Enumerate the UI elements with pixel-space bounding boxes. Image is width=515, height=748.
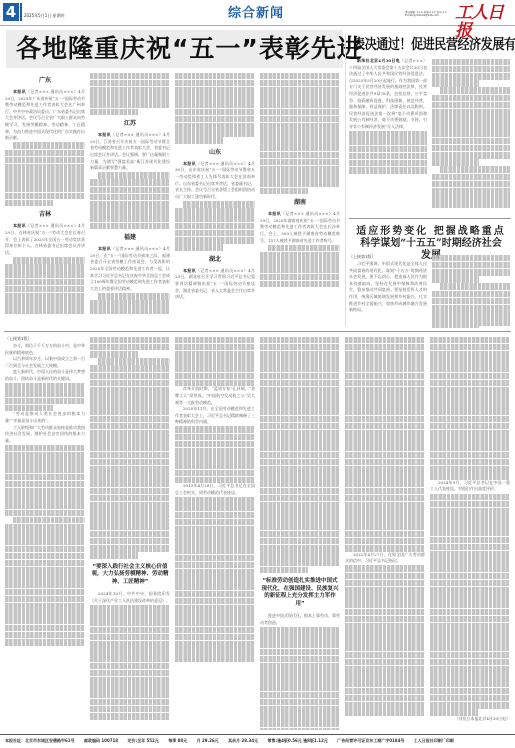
footer-address: 本报社址：北京市东城区安德路甲61号 bbox=[5, 738, 75, 743]
headline-line-1: 适应形势变化 把握战略重点 bbox=[356, 226, 505, 237]
region-heading: 福建 bbox=[90, 233, 170, 243]
subheading: “标准劳动创造扎实推进中国式现代化，在强国建设、民族复兴的新征程上充分发挥主力军… bbox=[260, 578, 340, 608]
footer-price-other: 其余月 28.34元 bbox=[228, 738, 258, 743]
continued-column-3: 改革开放时期，“蓝领专家”孔祥瑞、“金牌工人”窦铁成、“中国航空发动机之父”吴大… bbox=[175, 336, 255, 730]
editor-credits: 责任编辑 :××× 美编:××× 校对:×× E-mail:grrbzhxw@1… bbox=[405, 11, 450, 17]
continued-column-4: “标准劳动创造扎实推进中国式现代化，在强国建设、民族复兴的新征程上充分发挥主力军… bbox=[260, 336, 340, 730]
second-side-column-1: （上接第1版） 习近平强调，中国式现代化是全体人民共同富裕的现代化。谋划“十五五… bbox=[349, 254, 427, 328]
footer-ad-license: 广告经营许可证京东工商广字0184号 bbox=[337, 738, 404, 743]
footer-retail: 零售:逢4版0.56元 逢8版1.12元 bbox=[268, 738, 328, 743]
byline: （记者×××） bbox=[400, 58, 427, 63]
footer: 本报社址：北京市东城区安德路甲61号 邮政编码 100718 定价:全年 552… bbox=[0, 734, 515, 748]
region-heading: 江苏 bbox=[90, 119, 170, 129]
dateline: 新华社北京4月30日电 bbox=[357, 58, 400, 63]
paragraph: 以百余周年岁月，以新中国成立之初一百二百到至今社会发展之大规模。 bbox=[5, 356, 85, 369]
article-text: 习近平强调，中国式现代化是全体人民共同富裕的现代化。谋划“十五五”时期经济社会发… bbox=[349, 261, 427, 314]
paragraph: 2013年4月28日，习近平总书记在全国总工会机关，同劳动模范代表座谈。 bbox=[175, 483, 255, 496]
main-story-column-1: 广东 本报讯（记者××× 通讯员×××）4月29日，2025年广东省庆祝“五一”… bbox=[5, 72, 85, 327]
lead-label: 本报讯 bbox=[183, 161, 196, 166]
lead-label: 本报讯 bbox=[13, 89, 26, 94]
paragraph: 2020年11月，在全国劳动模范和先进工作者表彰大会上，习近平总书记精辟阐释了三… bbox=[175, 406, 255, 426]
lead-label: 本报讯 bbox=[13, 223, 26, 228]
paragraph: “劳动是推动人类社会进步的根本力量”“幸福是奋斗出来的”。 bbox=[5, 411, 85, 424]
paragraph: 2024年9月，习近平总书记在中国一重工人代表座谈，对他们作出高度评价。 bbox=[430, 480, 510, 493]
lead-label: 本报讯 bbox=[268, 211, 281, 216]
paragraph: 改革开放时期，“蓝领专家”孔祥瑞、“金牌工人”窦铁成、“中国航空发动机之父”吴大… bbox=[175, 386, 255, 406]
continued-column-6: 2024年9月，习近平总书记在中国一重工人代表座谈，对他们作出高度评价。 （刊发… bbox=[430, 336, 510, 730]
continued-column-1: （上接第1版） 奋斗，相信于千千万万的奋斗中，是中华民族的精神底色。 以百余周年… bbox=[5, 336, 85, 730]
paragraph: 2024年10月，中共中央、国务院印发《关于深化产业工人队伍建设改革的意见》。 bbox=[90, 591, 170, 604]
footer-price-day: 月 29.26元 bbox=[197, 738, 219, 743]
page-number-bar bbox=[20, 3, 22, 21]
main-headline[interactable]: 各地隆重庆祝“五一”表彰先进 bbox=[16, 32, 363, 66]
region-heading: 湖南 bbox=[260, 198, 340, 208]
column-divider bbox=[345, 34, 346, 326]
subheading: “要深入践行社会主义核心价值观，大力弘扬劳模精神、劳动精神、工匠精神” bbox=[90, 564, 170, 587]
newspaper-logo: 工人日报 bbox=[455, 4, 515, 40]
second-side-column-2 bbox=[432, 254, 510, 328]
main-story-column-4: 湖南 本报讯（记者××× 通讯员×××）4月29日，2025年湖南省庆祝“五一”… bbox=[260, 72, 340, 327]
footer-postcode: 邮政编码 100718 bbox=[84, 738, 118, 743]
footer-printer: 工人日报社印刷厂印刷 bbox=[414, 738, 454, 743]
continued-column-2: “要深入践行社会主义核心价值观，大力弘扬劳模精神、劳动精神、工匠精神” 2024… bbox=[90, 336, 170, 730]
region-heading: 广东 bbox=[5, 76, 85, 86]
paragraph: 工人阶级和广大劳动群众始终是推动我国经济社会发展、维护社会安定团结的根本力量。 bbox=[5, 425, 85, 445]
continued-column-5: 2022年4月27日，在致全国广大劳动群众的信中，习近平总书记指出。 bbox=[345, 336, 425, 730]
newspaper-page: 4 2025年5月1日 星期四 综合新闻 责任编辑 :××× 美编:××× 校对… bbox=[0, 0, 515, 748]
main-story-column-3: 山东 本报讯（记者××× 通讯员×××）4月30日，山东省庆祝“五一”国际劳动节… bbox=[175, 72, 255, 327]
paragraph: 2022年4月27日，在致全国广大劳动群众的信中，习近平总书记指出。 bbox=[345, 552, 425, 565]
page-divider bbox=[4, 331, 511, 332]
section-divider bbox=[349, 218, 511, 219]
section-title: 综合新闻 bbox=[228, 6, 284, 22]
continued-from: （上接第1版） bbox=[349, 254, 427, 260]
side-story-column-1: 新华社北京4月30日电（记者×××）十四届全国人大常委会第十五次会议30日表决通… bbox=[349, 58, 427, 208]
issue-date: 2025年5月1日 星期四 bbox=[24, 13, 65, 18]
masthead: 4 2025年5月1日 星期四 综合新闻 责任编辑 :××× 美编:××× 校对… bbox=[0, 0, 515, 26]
main-story-column-2: 江苏 本报讯（记者××× 通讯员×××）4月29日，江苏省召开庆祝五一国际劳动节… bbox=[90, 72, 170, 327]
article-text: 2025年广东省庆祝“五一”国际劳动节暨劳动模范和先进工作者表彰大会在广州举行。… bbox=[5, 96, 85, 141]
paragraph: 进入新时代，中国人民的奋斗是伟大梦想的奋斗，团结奋斗是新时代的关键词。 bbox=[5, 369, 85, 382]
lead-label: 本报讯 bbox=[98, 246, 111, 251]
region-heading: 湖北 bbox=[175, 255, 255, 265]
region-heading: 吉林 bbox=[5, 210, 85, 220]
paragraph: 推进中国式现代化，根本上靠劳动、靠劳动者创造。 bbox=[260, 613, 340, 626]
page-number: 4 bbox=[3, 3, 19, 21]
region-heading: 山东 bbox=[175, 148, 255, 158]
dateline-note: （刊发日本报北京4月30日电） bbox=[430, 716, 510, 723]
email-line: E-mail:grrbzhxw@126.com bbox=[405, 14, 450, 17]
continued-from: （上接第1版） bbox=[5, 336, 85, 342]
article-text: 十四届全国人大常委会第十五次会议30日表决通过了中华人民共和国民营经济促进法，自… bbox=[349, 65, 427, 129]
footer-price-month: 每季 88元 bbox=[168, 738, 187, 743]
footer-price-year: 定价:全年 552元 bbox=[127, 738, 158, 743]
article-text: 在“五一”国际劳动节到来之际，福建省委召开全省劳模工作座谈会，与受表彰的2025… bbox=[90, 253, 170, 291]
side-headline[interactable]: 表决通过！促进民营经济发展有了专门法 bbox=[353, 36, 515, 54]
lead-label: 本报讯 bbox=[98, 132, 111, 137]
side-story-column-2 bbox=[432, 58, 510, 208]
lead-label: 本报讯 bbox=[183, 268, 196, 273]
paragraph: 奋斗，相信于千千万万的奋斗中，是中华民族的精神底色。 bbox=[5, 343, 85, 356]
